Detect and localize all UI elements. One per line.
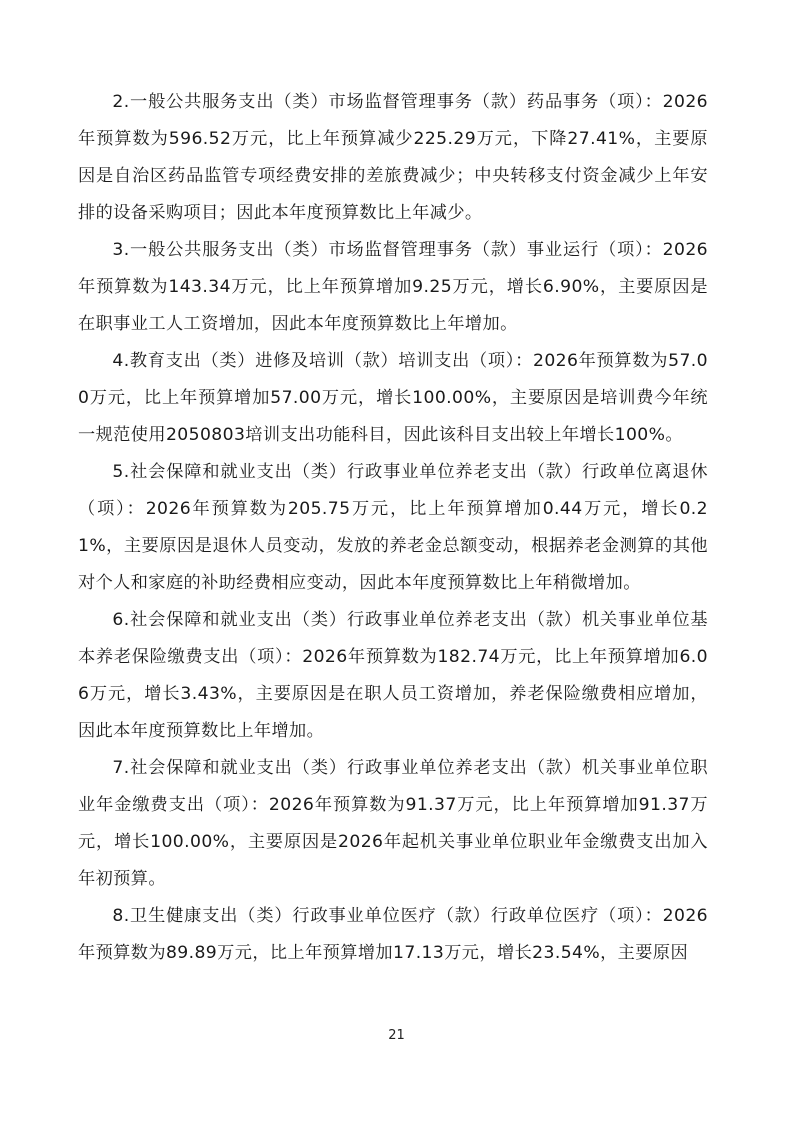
page-number: 21 bbox=[0, 1028, 793, 1043]
paragraph-item-4: 4.教育支出（类）进修及培训（款）培训支出（项）：2026年预算数为57.00万… bbox=[78, 343, 708, 454]
paragraph-item-8: 8.卫生健康支出（类）行政事业单位医疗（款）行政单位医疗（项）：2026年预算数… bbox=[78, 898, 708, 972]
paragraph-item-7: 7.社会保障和就业支出（类）行政事业单位养老支出（款）机关事业单位职业年金缴费支… bbox=[78, 750, 708, 898]
paragraph-item-6: 6.社会保障和就业支出（类）行政事业单位养老支出（款）机关事业单位基本养老保险缴… bbox=[78, 602, 708, 750]
paragraph-item-5: 5.社会保障和就业支出（类）行政事业单位养老支出（款）行政单位离退休（项）：20… bbox=[78, 454, 708, 602]
paragraph-item-2: 2.一般公共服务支出（类）市场监督管理事务（款）药品事务（项）：2026年预算数… bbox=[78, 84, 708, 232]
document-body: 2.一般公共服务支出（类）市场监督管理事务（款）药品事务（项）：2026年预算数… bbox=[78, 84, 708, 972]
paragraph-item-3: 3.一般公共服务支出（类）市场监督管理事务（款）事业运行（项）：2026年预算数… bbox=[78, 232, 708, 343]
